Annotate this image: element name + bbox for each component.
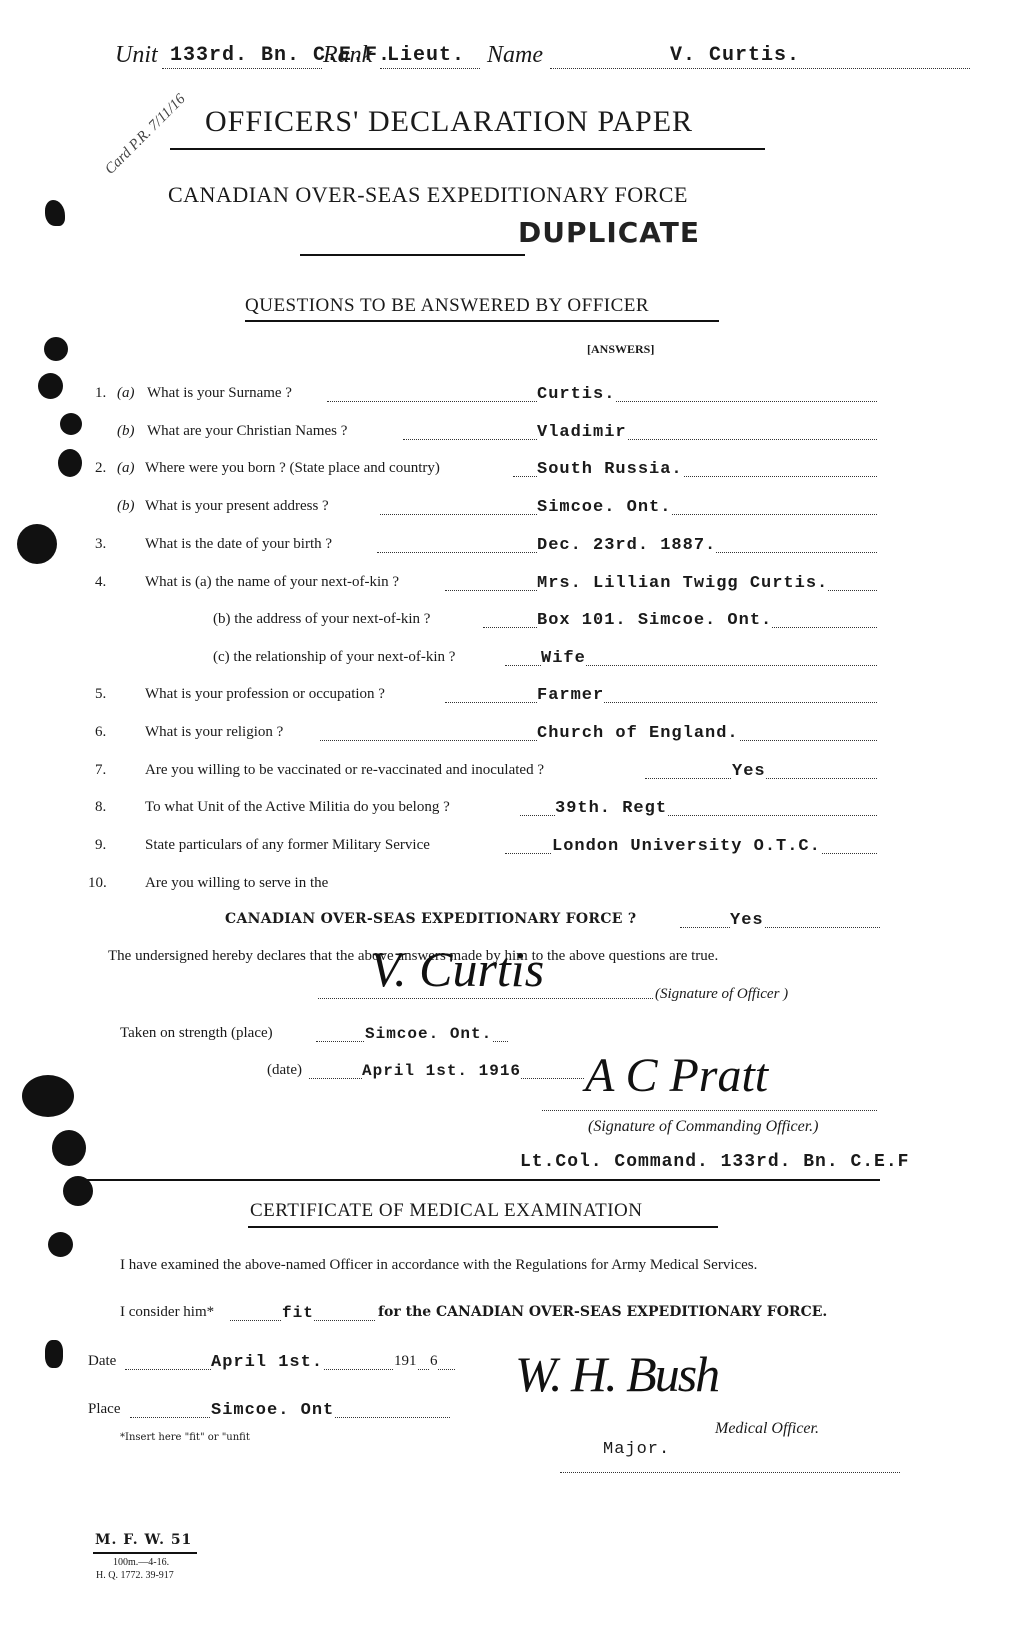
officer-signature-line: [318, 998, 653, 999]
punch-hole: [58, 449, 82, 477]
taken-on-strength-date: April 1st. 1916: [362, 1062, 521, 1080]
answer-present-address: Simcoe. Ont.: [537, 498, 671, 517]
question-row: 8. To what Unit of the Active Militia do…: [95, 799, 880, 823]
question-row: (c) the relationship of your next-of-kin…: [95, 649, 880, 673]
ink-smudge: [45, 1340, 63, 1368]
duplicate-stamp: DUPLICATE: [518, 216, 700, 249]
medical-date-row: Date April 1st. 191 6: [88, 1353, 468, 1377]
answer-birth-date: Dec. 23rd. 1887.: [537, 536, 716, 555]
co-title: Lt.Col. Command. 133rd. Bn. C.E.F: [520, 1152, 909, 1172]
medical-officer-label: Medical Officer.: [715, 1420, 819, 1438]
punch-hole: [17, 524, 57, 564]
question-row: 5. What is your profession or occupation…: [95, 686, 880, 710]
answer-next-of-kin-relationship: Wife: [541, 649, 586, 668]
taken-on-strength-row: Taken on strength (place) Simcoe. Ont.: [120, 1025, 570, 1049]
question-row: CANADIAN OVER-SEAS EXPEDITIONARY FORCE ?…: [225, 911, 880, 935]
co-signature: A C Pratt: [585, 1048, 768, 1103]
questions-heading-underline: [245, 320, 719, 322]
question-row: 9. State particulars of any former Milit…: [95, 837, 880, 861]
medical-officer-rank: Major.: [603, 1440, 670, 1459]
name-value: V. Curtis.: [670, 44, 800, 67]
answer-next-of-kin-name: Mrs. Lillian Twigg Curtis.: [537, 574, 828, 593]
margin-note: Card P.R. 7/11/16: [102, 89, 192, 179]
punch-hole: [60, 413, 82, 435]
taken-on-strength-date-row: (date) April 1st. 1916: [267, 1062, 597, 1086]
answer-birthplace: South Russia.: [537, 460, 683, 479]
name-line: [550, 68, 970, 69]
form-code-line1: 100m.—4-16.: [113, 1557, 169, 1568]
co-signature-line: [542, 1110, 877, 1111]
medical-officer-signature: W. H. Bush: [515, 1345, 718, 1403]
rank-value: Lieut.: [387, 44, 465, 67]
rank-label: Rank: [323, 42, 372, 69]
section-divider: [85, 1179, 880, 1181]
questions-heading: QUESTIONS TO BE ANSWERED BY OFFICER: [245, 295, 649, 317]
punch-hole: [52, 1130, 86, 1166]
medical-statement: I have examined the above-named Officer …: [120, 1257, 757, 1274]
title-underline: [170, 148, 765, 150]
document-subtitle: CANADIAN OVER-SEAS EXPEDITIONARY FORCE: [168, 182, 688, 208]
medical-place-row: Place Simcoe. Ont: [88, 1401, 468, 1425]
question-row: 7. Are you willing to be vaccinated or r…: [95, 762, 880, 786]
question-row: 3. What is the date of your birth ? Dec.…: [95, 536, 880, 560]
punch-hole: [38, 373, 63, 399]
question-row: 1. (a) What is your Surname ? Curtis.: [95, 385, 880, 409]
question-row: 6. What is your religion ? Church of Eng…: [95, 724, 880, 748]
answers-label: [ANSWERS]: [587, 342, 654, 357]
answer-occupation: Farmer: [537, 686, 604, 705]
punch-hole: [44, 337, 68, 361]
question-row: (b) What is your present address ? Simco…: [95, 498, 880, 522]
question-row: 10. Are you willing to serve in the: [88, 875, 873, 899]
answer-surname: Curtis.: [537, 385, 615, 404]
document-title: OFFICERS' DECLARATION PAPER: [205, 105, 693, 139]
form-code-underline: [93, 1552, 197, 1554]
medical-heading-underline: [248, 1226, 718, 1228]
answer-willing-to-serve: Yes: [730, 911, 764, 930]
punch-hole: [22, 1075, 74, 1117]
name-label: Name: [487, 42, 543, 69]
punch-hole: [48, 1232, 73, 1257]
medical-heading: CERTIFICATE OF MEDICAL EXAMINATION: [250, 1200, 643, 1222]
unit-line: [162, 68, 322, 69]
medical-footnote: *Insert here "fit" or "unfit: [120, 1432, 250, 1443]
form-code-title: M. F. W. 51: [95, 1532, 192, 1548]
officer-signature-label: (Signature of Officer ): [655, 986, 788, 1003]
consider-row: I consider him* fit for the CANADIAN OVE…: [120, 1304, 890, 1328]
question-row: (b) What are your Christian Names ? Vlad…: [95, 423, 880, 447]
medical-place: Simcoe. Ont: [211, 1401, 334, 1420]
medical-signature-line: [560, 1472, 900, 1473]
ink-smudge: [45, 200, 65, 226]
answer-vaccination: Yes: [732, 762, 766, 781]
question-row: 4. What is (a) the name of your next-of-…: [95, 574, 880, 598]
header-row: Unit 133rd. Bn. C.E.F. Rank Lieut. Name …: [115, 42, 975, 76]
answer-former-service: London University O.T.C.: [552, 837, 821, 856]
medical-date: April 1st.: [211, 1353, 323, 1372]
unit-label: Unit: [115, 42, 158, 69]
co-signature-label: (Signature of Commanding Officer.): [588, 1118, 819, 1136]
rank-line: [380, 68, 480, 69]
question-row: (b) the address of your next-of-kin ? Bo…: [95, 611, 880, 635]
fitness-value: fit: [282, 1304, 314, 1322]
form-code-line2: H. Q. 1772. 39-917: [96, 1570, 174, 1581]
stamp-underline: [300, 254, 525, 256]
answer-active-militia: 39th. Regt: [555, 799, 667, 818]
answer-religion: Church of England.: [537, 724, 739, 743]
taken-on-strength-place: Simcoe. Ont.: [365, 1025, 492, 1043]
question-row: 2. (a) Where were you born ? (State plac…: [95, 460, 880, 484]
answer-christian-names: Vladimir: [537, 423, 627, 442]
officer-signature: V. Curtis: [370, 940, 544, 998]
answer-next-of-kin-address: Box 101. Simcoe. Ont.: [537, 611, 772, 630]
